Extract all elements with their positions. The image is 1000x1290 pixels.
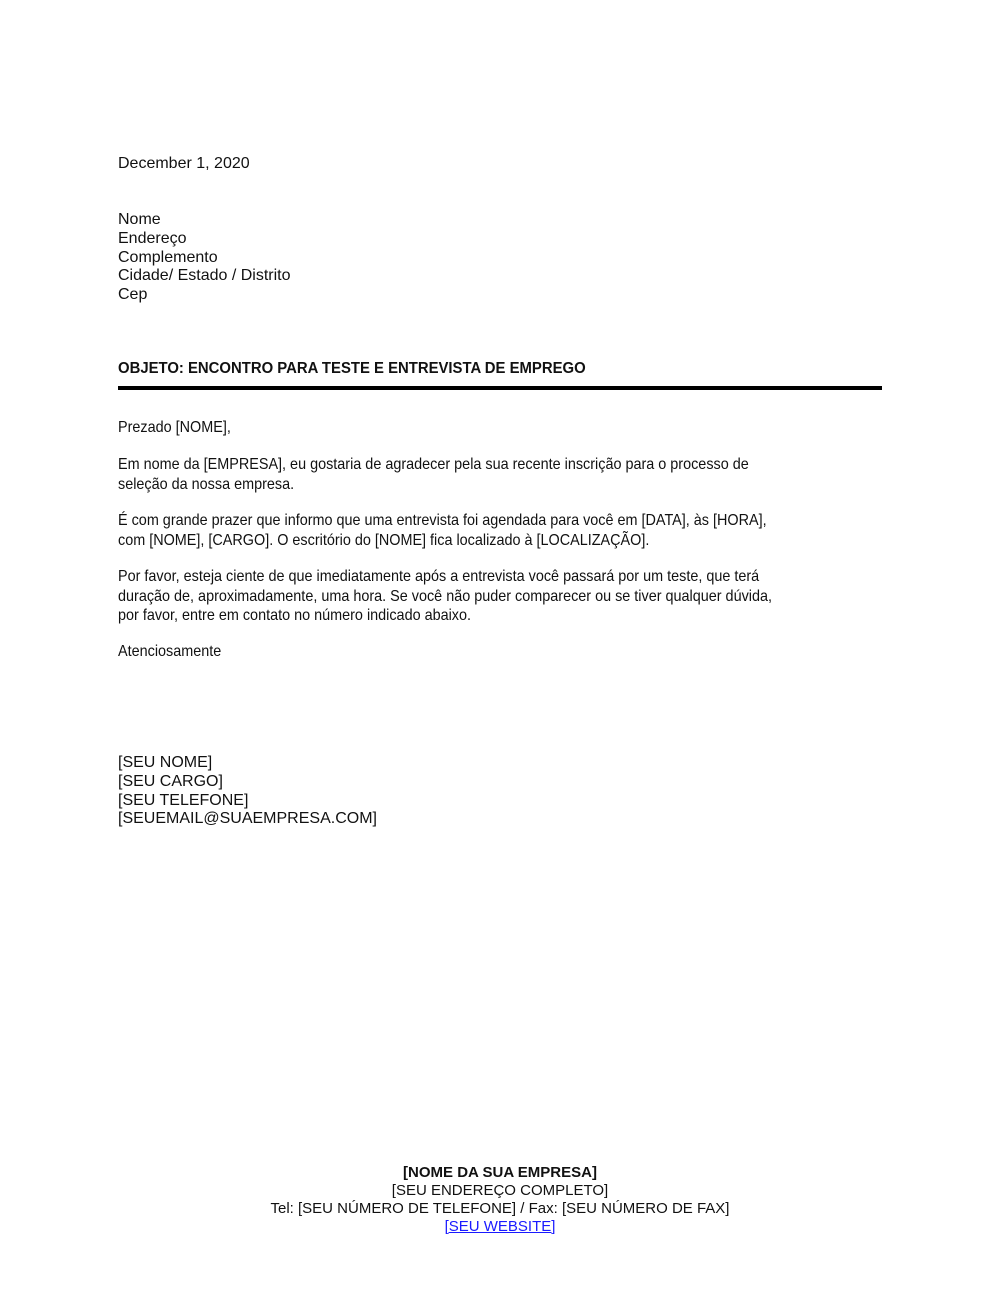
footer-address: [SEU ENDEREÇO COMPLETO] xyxy=(0,1182,1000,1200)
recipient-address: Nome Endereço Complemento Cidade/ Estado… xyxy=(118,211,291,305)
paragraph-line: por favor, entre em contato no número in… xyxy=(118,606,838,626)
recipient-street: Endereço xyxy=(118,230,291,249)
company-footer: [NOME DA SUA EMPRESA] [SEU ENDEREÇO COMP… xyxy=(0,1164,1000,1236)
letter-date: December 1, 2020 xyxy=(118,155,250,174)
paragraph-thanks: Em nome da [EMPRESA], eu gostaria de agr… xyxy=(118,455,838,494)
recipient-complement: Complemento xyxy=(118,249,291,268)
signature-name: [SEU NOME] xyxy=(118,754,377,773)
closing: Atenciosamente xyxy=(118,642,838,662)
paragraph-line: seleção da nossa empresa. xyxy=(118,475,838,495)
recipient-name: Nome xyxy=(118,211,291,230)
paragraph-line: É com grande prazer que informo que uma … xyxy=(118,511,838,531)
signature-title: [SEU CARGO] xyxy=(118,773,377,792)
closing-text: Atenciosamente xyxy=(118,642,838,662)
subject-divider xyxy=(118,386,882,390)
paragraph-test-notice: Por favor, esteja ciente de que imediata… xyxy=(118,567,838,626)
subject-line: OBJETO: ENCONTRO PARA TESTE E ENTREVISTA… xyxy=(118,360,586,378)
footer-contact: Tel: [SEU NÚMERO DE TELEFONE] / Fax: [SE… xyxy=(0,1200,1000,1218)
signature-block: [SEU NOME] [SEU CARGO] [SEU TELEFONE] [S… xyxy=(118,754,377,829)
greeting-text: Prezado [NOME], xyxy=(118,418,838,438)
signature-phone: [SEU TELEFONE] xyxy=(118,792,377,811)
paragraph-line: Em nome da [EMPRESA], eu gostaria de agr… xyxy=(118,455,838,475)
recipient-zip: Cep xyxy=(118,286,291,305)
paragraph-line: com [NOME], [CARGO]. O escritório do [NO… xyxy=(118,531,838,551)
signature-email: [SEUEMAIL@SUAEMPRESA.COM] xyxy=(118,810,377,829)
paragraph-schedule: É com grande prazer que informo que uma … xyxy=(118,511,838,550)
footer-company-name: [NOME DA SUA EMPRESA] xyxy=(0,1164,1000,1182)
recipient-city-state: Cidade/ Estado / Distrito xyxy=(118,267,291,286)
paragraph-line: Por favor, esteja ciente de que imediata… xyxy=(118,567,838,587)
paragraph-line: duração de, aproximadamente, uma hora. S… xyxy=(118,587,838,607)
greeting: Prezado [NOME], xyxy=(118,418,838,438)
footer-website-link[interactable]: [SEU WEBSITE] xyxy=(445,1218,556,1235)
